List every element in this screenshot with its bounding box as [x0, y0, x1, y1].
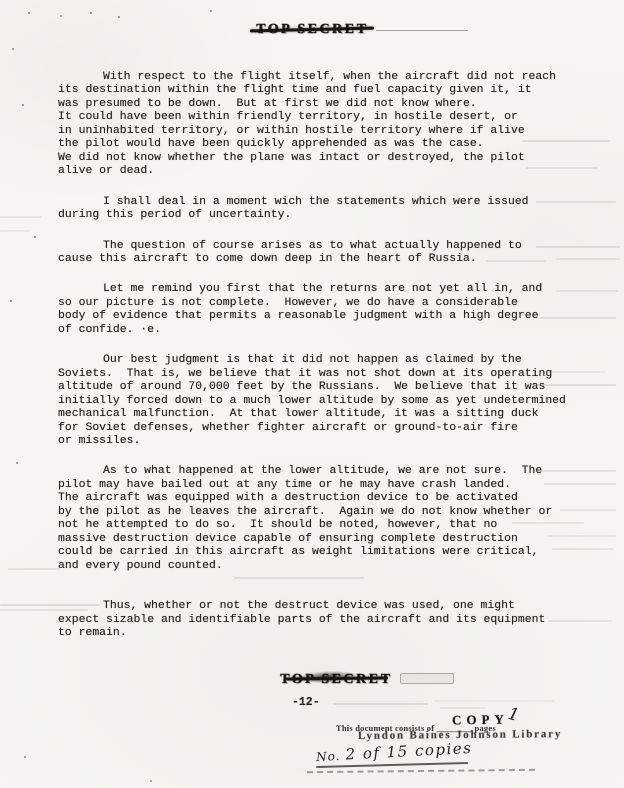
- scan-artifact: [548, 535, 616, 537]
- scan-line: [376, 30, 468, 31]
- dust-speck: [34, 236, 36, 238]
- scan-artifact: [532, 470, 616, 472]
- scan-artifact: [526, 167, 598, 169]
- dust-speck: [60, 15, 62, 17]
- classification-header: TOP SECRET: [256, 20, 368, 38]
- scan-artifact: [545, 371, 605, 373]
- document-body: With respect to the flight itself, when …: [58, 70, 598, 656]
- scan-smudge-box: [400, 673, 454, 684]
- page-number: -12-: [292, 696, 320, 709]
- scan-artifact: [234, 577, 364, 579]
- copies-note-script: 2 of 15 copies: [345, 739, 473, 764]
- scan-artifact: [8, 568, 60, 570]
- dust-speck: [24, 756, 26, 758]
- scan-artifact: [486, 260, 546, 262]
- scan-artifact: [434, 700, 554, 702]
- classification-footer: TOP SECRET: [280, 670, 392, 688]
- dust-speck: [118, 16, 120, 18]
- dust-speck: [10, 300, 12, 302]
- scanned-document-page: TOP SECRET With respect to the flight it…: [0, 0, 624, 788]
- scan-artifact: [512, 522, 584, 524]
- scan-artifact: [540, 317, 616, 319]
- scan-artifact: [536, 246, 620, 248]
- dashed-rule: [307, 769, 535, 773]
- scan-artifact: [333, 703, 428, 705]
- dust-speck: [210, 10, 212, 12]
- scan-artifact: [552, 548, 614, 550]
- scan-artifact: [440, 707, 486, 709]
- dust-speck: [12, 48, 14, 50]
- scan-artifact: [556, 290, 618, 292]
- dust-speck: [28, 12, 30, 14]
- copies-note-prefix: No.: [316, 749, 341, 764]
- dust-speck: [150, 780, 152, 782]
- paragraph-lower-altitude: As to what happened at the lower altitud…: [58, 464, 598, 572]
- scan-artifact: [544, 483, 616, 485]
- scan-artifact: [0, 230, 30, 232]
- scan-artifact: [556, 258, 620, 260]
- scan-artifact: [560, 509, 616, 511]
- dust-speck: [16, 462, 18, 464]
- scan-artifact: [536, 201, 616, 203]
- scan-artifact: [548, 620, 612, 622]
- paragraph-returns: Let me remind you first that the returns…: [58, 282, 598, 336]
- copies-note-handwritten: No. 2 of 15 copies: [316, 738, 473, 765]
- dust-speck: [22, 104, 24, 106]
- scan-artifact: [522, 140, 610, 142]
- paragraph-statements: I shall deal in a moment wich the statem…: [58, 195, 598, 222]
- paragraph-flight-itself: With respect to the flight itself, when …: [58, 70, 598, 178]
- scan-artifact: [0, 604, 100, 606]
- scan-artifact: [0, 216, 42, 218]
- dust-speck: [90, 12, 92, 14]
- paragraph-destruct-device: Thus, whether or not the destruct device…: [58, 589, 598, 639]
- scan-artifact: [524, 384, 616, 386]
- paragraph-best-judgment: Our best judgment is that it did not hap…: [58, 353, 598, 447]
- scan-artifact: [0, 609, 88, 611]
